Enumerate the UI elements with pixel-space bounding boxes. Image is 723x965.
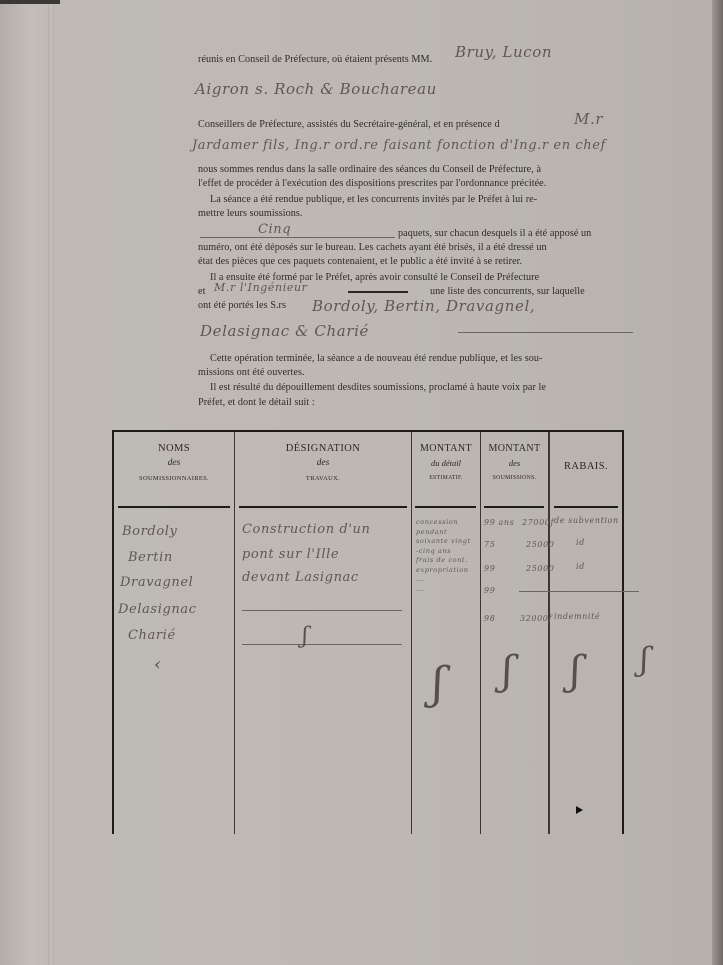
note-line: pendant	[416, 528, 478, 538]
submissions-table: NOMS des SOUMISSIONNAIRES. DÉSIGNATION d…	[112, 430, 624, 834]
header-rule	[118, 506, 230, 508]
para-printed: Cette opération terminée, la séance a de…	[210, 352, 542, 365]
closing-stroke: ʃ	[302, 624, 308, 649]
header-rule	[239, 506, 407, 508]
fill-line	[458, 332, 633, 333]
para-printed: La séance a été rendue publique, et les …	[210, 193, 537, 206]
designation-cell: pont sur l'Ille	[242, 547, 339, 562]
header-title: NOMS	[114, 443, 234, 454]
para-printed: état des pièces que ces paquets contenai…	[198, 255, 522, 268]
para-handwritten: Bruy, Lucon	[455, 43, 552, 61]
column-header-montant-estimatif: MONTANT du détail ESTIMATIF.	[412, 432, 480, 506]
soumission-years: 99	[484, 586, 495, 595]
header-sub: du détail	[412, 458, 480, 468]
para-printed: Conseillers de Préfecture, assistés du S…	[198, 118, 500, 131]
para-printed: numéro, ont été déposés sur le bureau. L…	[198, 241, 547, 254]
header-title: RABAIS.	[550, 461, 622, 472]
header-rule	[554, 506, 618, 508]
para-handwritten: M.r l'Ingénieur	[214, 281, 308, 294]
rabais-cell: id	[576, 562, 585, 571]
header-caption: ESTIMATIF.	[412, 475, 480, 481]
para-handwritten: Cinq	[258, 222, 291, 237]
soumission-years: 99 ans	[484, 518, 514, 527]
note-line: ...	[416, 585, 478, 595]
fill-line	[348, 291, 408, 293]
para-printed: l'effet de procéder à l'exécution des di…	[198, 177, 546, 190]
soumission-amount: 25000	[526, 540, 554, 549]
name-cell: Bertin	[128, 550, 173, 565]
header-sub: des	[481, 458, 548, 468]
note-line: frais de cont.	[416, 556, 478, 566]
soumission-years: 99	[484, 564, 495, 573]
rabais-cell: id	[576, 538, 585, 547]
header-title: MONTANT	[481, 443, 548, 454]
para-printed: paquets, sur chacun desquels il a été ap…	[398, 227, 591, 240]
fill-line	[242, 644, 402, 645]
para-printed: mettre leurs soumissions.	[198, 207, 303, 220]
column-header-designation: DÉSIGNATION des TRAVAUX.	[235, 432, 411, 506]
page-right-edge	[712, 0, 723, 965]
para-handwritten: Aigron s. Roch & Bouchareau	[195, 80, 437, 98]
soumission-years: 98	[484, 614, 495, 623]
header-title: DÉSIGNATION	[235, 443, 411, 454]
soumission-amount: 27000f	[522, 518, 554, 527]
designation-cell: Construction d'un	[242, 522, 370, 537]
para-handwritten: M.r	[574, 110, 603, 128]
header-sub: des	[235, 458, 411, 468]
para-printed: missions ont été ouvertes.	[198, 366, 305, 379]
header-rule	[484, 506, 544, 508]
para-handwritten: Delasignac & Charié	[200, 322, 369, 340]
closing-stroke: ‹	[154, 654, 161, 675]
designation-cell: devant Lasignac	[242, 570, 359, 585]
note-line: concession	[416, 518, 478, 528]
name-cell: Bordoly	[122, 524, 177, 539]
rabais-cell: indemnité	[554, 612, 600, 621]
fill-line	[200, 237, 395, 238]
header-caption: TRAVAUX.	[235, 475, 411, 482]
name-cell: Charié	[128, 628, 176, 643]
para-printed: réunis en Conseil de Préfecture, où étai…	[198, 53, 432, 66]
closing-stroke: ʃ	[570, 648, 581, 694]
para-handwritten: Jardamer fils, Ing.r ord.re faisant fonc…	[192, 138, 606, 153]
para-printed: ont été portés les S.rs	[198, 299, 286, 312]
column-header-rabais: RABAIS.	[550, 432, 622, 506]
soumission-amount: 32000f	[520, 614, 552, 623]
note-line: soixante vingt	[416, 537, 478, 547]
fill-line	[242, 610, 402, 611]
para-printed: nous sommes rendus dans la salle ordinai…	[198, 163, 541, 176]
cursor-mark	[576, 806, 583, 814]
closing-stroke: ʃ	[502, 648, 513, 694]
para-printed: et	[198, 285, 205, 298]
note-line: expropriation	[416, 566, 478, 576]
para-handwritten: Bordoly, Bertin, Dravagnel,	[312, 297, 535, 315]
name-cell: Dravagnel	[120, 575, 193, 590]
column-header-montant-soumissions: MONTANT des SOUMISSIONS.	[481, 432, 548, 506]
estimatif-notes: concession pendant soixante vingt -cinq …	[416, 518, 478, 594]
fill-line	[519, 591, 639, 592]
closing-stroke: ʃ	[640, 640, 649, 678]
note-line: -cinq ans	[416, 547, 478, 557]
header-caption: SOUMISSIONNAIRES.	[114, 475, 234, 482]
header-caption: SOUMISSIONS.	[481, 475, 548, 481]
header-rule	[415, 506, 476, 508]
para-printed: Préfet, et dont le détail suit :	[198, 396, 315, 409]
page-fold	[48, 0, 54, 965]
rabais-cell: de subvention	[554, 516, 619, 525]
name-cell: Delasignac	[118, 602, 197, 617]
soumission-amount: 25000	[526, 564, 554, 573]
closing-stroke: ʃ	[432, 658, 444, 709]
para-printed: Il est résulté du dépouillement desdites…	[210, 381, 546, 394]
header-title: MONTANT	[412, 443, 480, 454]
page-top-edge	[0, 0, 60, 4]
column-header-noms: NOMS des SOUMISSIONNAIRES.	[114, 432, 234, 506]
soumission-years: 75	[484, 540, 495, 549]
note-line: ...	[416, 575, 478, 585]
header-sub: des	[114, 458, 234, 468]
